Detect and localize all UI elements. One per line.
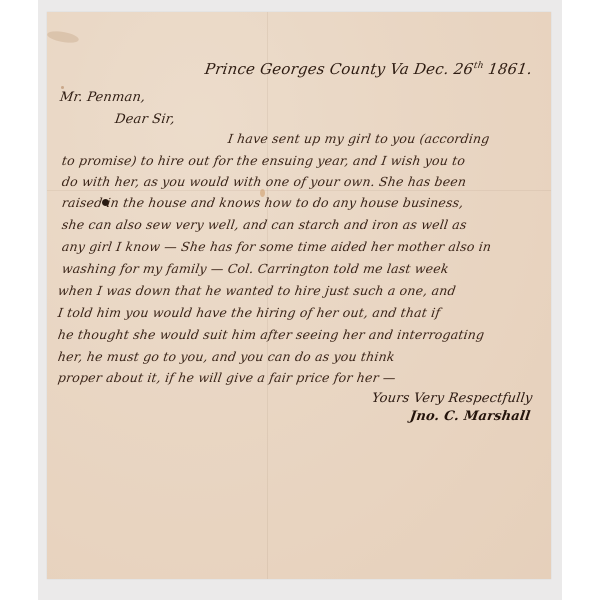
letter-addressee: Mr. Penman, <box>59 90 146 105</box>
letter-body-line: raised in the house and knows how to do … <box>61 195 465 210</box>
letter-body-line: when I was down that he wanted to hire j… <box>57 283 457 298</box>
letter-body-line: any girl I know — She has for some time … <box>61 239 492 254</box>
letter-body-line: her, he must go to you, and you can do a… <box>57 349 396 364</box>
letter-body-line: she can also sew very well, and can star… <box>61 217 468 232</box>
letter-salutation: Dear Sir, <box>114 112 176 127</box>
water-stain <box>46 29 79 44</box>
letter-body-line: to promise) to hire out for the ensuing … <box>61 153 466 168</box>
letter-body-line: washing for my family — Col. Carrington … <box>61 261 450 276</box>
letter-closing: Yours Very Respectfully <box>371 391 533 406</box>
letter-body-line: proper about it, if he will give a fair … <box>57 370 397 385</box>
letter-header-place-date: Prince Georges County Va Dec. 26th 1861. <box>204 60 534 78</box>
foxing-spot <box>61 86 64 89</box>
paper-fold-horizontal <box>47 190 551 191</box>
letter-signature: Jno. C. Marshall <box>409 409 531 424</box>
letter-body-line: do with her, as you would with one of yo… <box>61 174 467 189</box>
letter-body-line: I told him you would have the hiring of … <box>57 305 441 320</box>
letter-body-line: he thought she would suit him after seei… <box>57 327 485 342</box>
letter-body-line: I have sent up my girl to you (according <box>227 131 491 146</box>
